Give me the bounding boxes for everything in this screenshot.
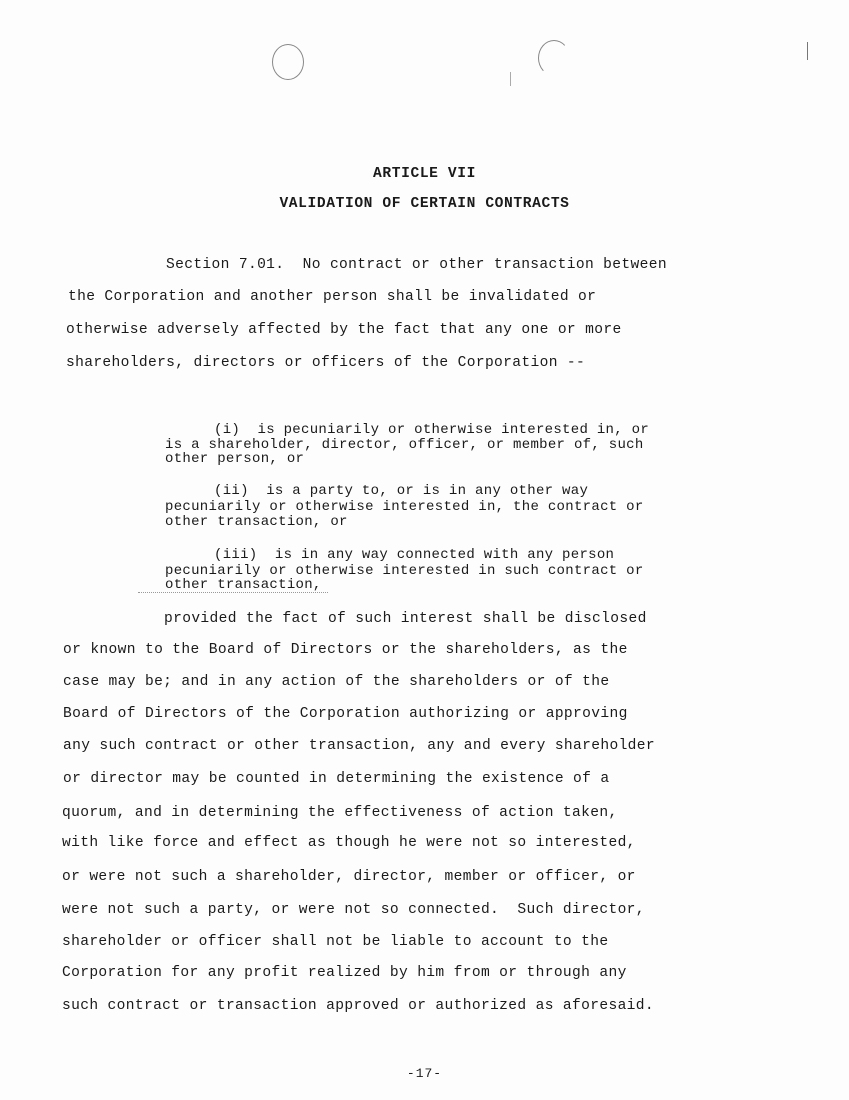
scan-artifact xyxy=(510,72,511,86)
section-line: the Corporation and another person shall… xyxy=(68,289,596,305)
proviso-line: quorum, and in determining the effective… xyxy=(62,805,618,821)
punch-hole-mark xyxy=(538,40,570,76)
proviso-line: shareholder or officer shall not be liab… xyxy=(62,934,608,950)
clause-ii-line: other transaction, or xyxy=(165,515,348,530)
page-number: -17- xyxy=(0,1066,849,1081)
section-line: Section 7.01. No contract or other trans… xyxy=(166,257,667,273)
document-page: ARTICLE VII VALIDATION OF CERTAIN CONTRA… xyxy=(0,0,849,1100)
clause-iii-line: (iii) is in any way connected with any p… xyxy=(214,548,614,563)
clause-i-line: (i) is pecuniarily or otherwise interest… xyxy=(214,423,649,438)
clause-ii-line: pecuniarily or otherwise interested in, … xyxy=(165,500,644,515)
proviso-line: Corporation for any profit realized by h… xyxy=(62,965,627,981)
article-title: VALIDATION OF CERTAIN CONTRACTS xyxy=(0,196,849,212)
proviso-line: case may be; and in any action of the sh… xyxy=(63,674,609,690)
proviso-line: Board of Directors of the Corporation au… xyxy=(63,706,628,722)
proviso-line: provided the fact of such interest shall… xyxy=(164,611,647,627)
clause-iii-line: other transaction, xyxy=(165,578,322,593)
proviso-line: such contract or transaction approved or… xyxy=(62,998,654,1014)
article-heading: ARTICLE VII xyxy=(0,166,849,182)
clause-i-line: other person, or xyxy=(165,452,304,467)
punch-hole-mark xyxy=(272,44,304,80)
clause-ii-line: (ii) is a party to, or is in any other w… xyxy=(214,484,588,499)
section-line: shareholders, directors or officers of t… xyxy=(66,355,585,371)
scan-artifact xyxy=(807,42,808,60)
proviso-line: or director may be counted in determinin… xyxy=(63,771,609,787)
scan-artifact xyxy=(138,592,328,593)
proviso-line: with like force and effect as though he … xyxy=(62,835,636,851)
proviso-line: or known to the Board of Directors or th… xyxy=(63,642,628,658)
section-line: otherwise adversely affected by the fact… xyxy=(66,322,622,338)
proviso-line: or were not such a shareholder, director… xyxy=(62,869,636,885)
proviso-line: were not such a party, or were not so co… xyxy=(62,902,645,918)
proviso-line: any such contract or other transaction, … xyxy=(63,738,655,754)
